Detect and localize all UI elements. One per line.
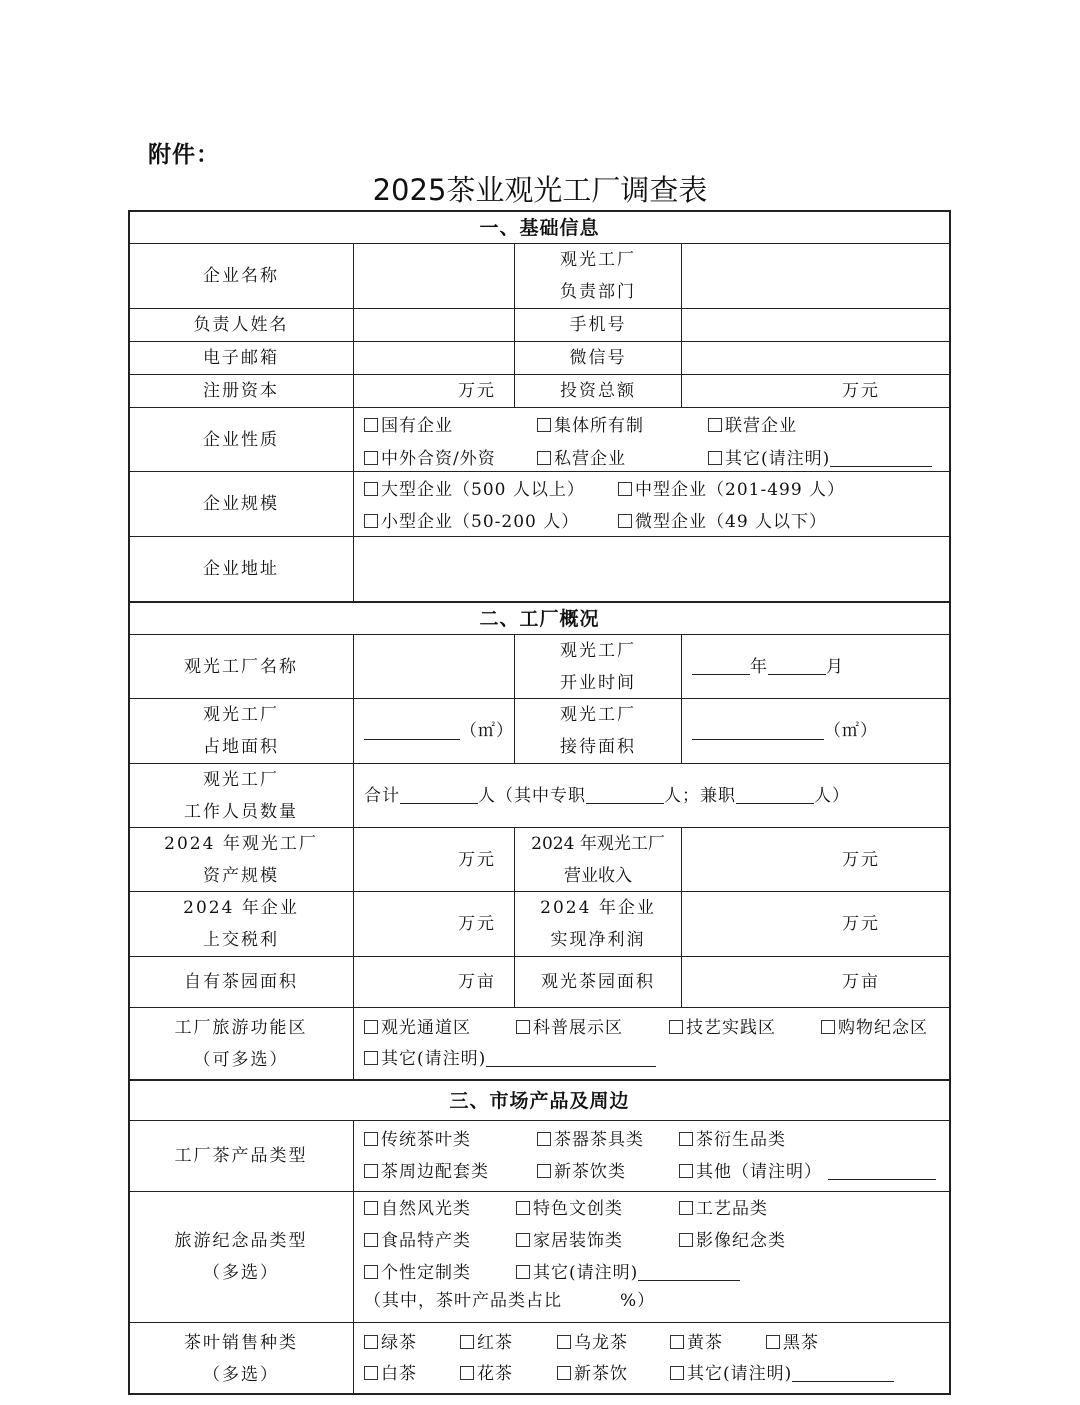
label-staff-count: 观光工厂工作人员数量 bbox=[128, 763, 354, 828]
input-factory-name[interactable] bbox=[353, 634, 515, 699]
checkbox-icon bbox=[537, 1164, 551, 1178]
souvenir-type-options: 自然风光类 特色文创类 工艺品类 食品特产类 家居装饰类 影像纪念类 个性定制类… bbox=[353, 1191, 951, 1323]
label-line: 营业收入 bbox=[531, 860, 665, 892]
other-souvenir-input[interactable] bbox=[638, 1264, 740, 1281]
label-line: 上交税利 bbox=[183, 924, 299, 956]
option-label: 中型企业（201-499 人） bbox=[635, 480, 845, 500]
checkbox-new-tea-drinks[interactable]: 新茶饮类 bbox=[537, 1156, 626, 1188]
checkbox-icon bbox=[364, 1335, 378, 1349]
checkbox-icon bbox=[364, 1051, 378, 1065]
label-line: 实现净利润 bbox=[540, 924, 656, 956]
checkbox-small[interactable]: 小型企业（50-200 人） bbox=[364, 506, 579, 538]
unit-label: （㎡） bbox=[824, 715, 878, 747]
label-line: 观光工厂 bbox=[203, 699, 279, 731]
unit-label: 万元 bbox=[842, 375, 880, 407]
option-label: 红茶 bbox=[477, 1333, 513, 1353]
label-product-types: 工厂茶产品类型 bbox=[128, 1120, 354, 1192]
tea-ratio-field: （其中，茶叶产品类占比%） bbox=[364, 1285, 655, 1317]
month-label: 月 bbox=[826, 651, 844, 683]
label-email: 电子邮箱 bbox=[128, 341, 354, 375]
option-label: 乌龙茶 bbox=[574, 1333, 628, 1353]
staff-total-input[interactable] bbox=[400, 787, 478, 804]
checkbox-icon bbox=[679, 1132, 693, 1146]
option-label: 其它(请注明) bbox=[725, 449, 830, 469]
unit-label: 万元 bbox=[458, 844, 496, 876]
label-line: （多选） bbox=[175, 1257, 308, 1289]
label-profit-2024: 2024 年企业实现净利润 bbox=[514, 891, 682, 957]
attachment-label: 附件： bbox=[148, 136, 220, 169]
option-label: 绿茶 bbox=[381, 1333, 417, 1353]
checkbox-icon bbox=[364, 1020, 378, 1034]
option-label: 其它(请注明) bbox=[381, 1049, 486, 1069]
staff-parttime-input[interactable] bbox=[736, 787, 814, 804]
label-company-nature: 企业性质 bbox=[128, 407, 354, 472]
label-contact-name: 负责人姓名 bbox=[128, 308, 354, 342]
input-tour-garden-area[interactable]: 万亩 bbox=[681, 956, 951, 1008]
other-nature-input[interactable] bbox=[830, 450, 932, 467]
month-input[interactable] bbox=[768, 658, 826, 675]
tea-sales-options: 绿茶 红茶 乌龙茶 黄茶 黑茶 白茶 花茶 新茶饮 其它(请注明) bbox=[353, 1322, 951, 1395]
option-label: 国有企业 bbox=[381, 416, 453, 436]
input-tax-2024[interactable]: 万元 bbox=[353, 891, 515, 957]
label-reception-area: 观光工厂接待面积 bbox=[514, 698, 682, 764]
checkbox-shopping[interactable]: 购物纪念区 bbox=[821, 1012, 928, 1044]
unit-label: 万亩 bbox=[842, 966, 880, 998]
option-label: 科普展示区 bbox=[533, 1018, 623, 1038]
tour-zone-options: 观光通道区 科普展示区 技艺实践区 购物纪念区 其它(请注明) bbox=[353, 1007, 951, 1080]
checkbox-craft-practice[interactable]: 技艺实践区 bbox=[669, 1012, 776, 1044]
input-investment[interactable]: 万元 bbox=[681, 374, 951, 408]
checkbox-icon bbox=[460, 1366, 474, 1380]
label-own-garden-area: 自有茶园面积 bbox=[128, 956, 354, 1008]
label-line: 2024 年观光工厂 bbox=[164, 828, 318, 860]
staff-parttime-label: 人；兼职 bbox=[664, 780, 736, 812]
input-own-garden-area[interactable]: 万亩 bbox=[353, 956, 515, 1008]
checkbox-icon bbox=[708, 418, 722, 432]
label-company-address: 企业地址 bbox=[128, 536, 354, 602]
label-souvenir-types: 旅游纪念品类型（多选） bbox=[128, 1191, 354, 1323]
label-factory-dept: 观光工厂负责部门 bbox=[514, 243, 682, 309]
checkbox-icon bbox=[618, 514, 632, 528]
checkbox-icon bbox=[670, 1366, 684, 1380]
label-line: 占地面积 bbox=[203, 731, 279, 763]
label-tea-sales-types: 茶叶销售种类（多选） bbox=[128, 1322, 354, 1395]
label-tour-zones: 工厂旅游功能区（可多选） bbox=[128, 1007, 354, 1080]
checkbox-tea-accessories[interactable]: 茶周边配套类 bbox=[364, 1156, 489, 1188]
label-factory-name: 观光工厂名称 bbox=[128, 634, 354, 699]
checkbox-yellow-tea[interactable]: 黄茶 bbox=[670, 1327, 723, 1359]
section-header-factory-overview: 二、工厂概况 bbox=[128, 601, 951, 635]
option-label: 集体所有制 bbox=[554, 416, 644, 436]
checkbox-home-decor[interactable]: 家居装饰类 bbox=[516, 1225, 623, 1257]
label-line: （多选） bbox=[184, 1359, 298, 1391]
checkbox-icon bbox=[364, 482, 378, 496]
checkbox-photo-souvenir[interactable]: 影像纪念类 bbox=[679, 1225, 786, 1257]
option-label: 私营企业 bbox=[554, 449, 626, 469]
option-label: 其它(请注明) bbox=[533, 1263, 638, 1283]
checkbox-icon bbox=[364, 1233, 378, 1247]
unit-label: （㎡） bbox=[460, 715, 514, 747]
input-assets-2024[interactable]: 万元 bbox=[353, 827, 515, 892]
page-title: 2025茶业观光工厂调查表 bbox=[0, 168, 1080, 209]
ratio-prefix-label: （其中，茶叶产品类占比 bbox=[364, 1291, 562, 1311]
checkbox-icon bbox=[679, 1164, 693, 1178]
ratio-suffix-label: %） bbox=[620, 1291, 655, 1311]
staff-total-label: 合计 bbox=[364, 780, 400, 812]
input-floor-area[interactable]: （㎡） bbox=[353, 698, 515, 764]
checkbox-oolong[interactable]: 乌龙茶 bbox=[557, 1327, 628, 1359]
option-label: 传统茶叶类 bbox=[381, 1130, 471, 1150]
label-line: 2024 年观光工厂 bbox=[531, 828, 665, 860]
label-line: 茶叶销售种类 bbox=[184, 1327, 298, 1359]
unit-label: 万元 bbox=[842, 844, 880, 876]
label-line: 2024 年企业 bbox=[540, 892, 656, 924]
option-label: 食品特产类 bbox=[381, 1231, 471, 1251]
checkbox-handicrafts[interactable]: 工艺品类 bbox=[679, 1193, 768, 1225]
checkbox-icon bbox=[364, 418, 378, 432]
company-nature-options: 国有企业 集体所有制 联营企业 中外合资/外资 私营企业 其它(请注明) bbox=[353, 407, 951, 472]
option-label: 中外合资/外资 bbox=[381, 449, 496, 469]
label-line: 观光工厂 bbox=[184, 764, 298, 796]
input-wechat[interactable] bbox=[681, 341, 951, 375]
checkbox-tea-derivatives[interactable]: 茶衍生品类 bbox=[679, 1124, 786, 1156]
checkbox-icon bbox=[670, 1335, 684, 1349]
option-label: 微型企业（49 人以下） bbox=[635, 512, 827, 532]
checkbox-dark-tea[interactable]: 黑茶 bbox=[766, 1327, 819, 1359]
option-label: 技艺实践区 bbox=[686, 1018, 776, 1038]
option-label: 茶器茶具类 bbox=[554, 1130, 644, 1150]
checkbox-micro[interactable]: 微型企业（49 人以下） bbox=[618, 506, 827, 538]
label-registered-capital: 注册资本 bbox=[128, 374, 354, 408]
label-company-name: 企业名称 bbox=[128, 243, 354, 309]
checkbox-collective[interactable]: 集体所有制 bbox=[537, 410, 644, 442]
checkbox-large[interactable]: 大型企业（500 人以上） bbox=[364, 474, 585, 506]
input-email[interactable] bbox=[353, 341, 515, 375]
checkbox-traditional-tea[interactable]: 传统茶叶类 bbox=[364, 1124, 471, 1156]
checkbox-icon bbox=[537, 418, 551, 432]
floor-area-line[interactable] bbox=[364, 723, 460, 740]
option-label: 其他（请注明） bbox=[696, 1162, 822, 1182]
checkbox-food-specialty[interactable]: 食品特产类 bbox=[364, 1225, 471, 1257]
checkbox-icon bbox=[679, 1201, 693, 1215]
label-line: 开业时间 bbox=[560, 667, 636, 699]
label-line: 负责部门 bbox=[560, 276, 636, 308]
checkbox-icon bbox=[679, 1233, 693, 1247]
checkbox-flower-tea[interactable]: 花茶 bbox=[460, 1358, 513, 1390]
checkbox-science-display[interactable]: 科普展示区 bbox=[516, 1012, 623, 1044]
checkbox-other-zone[interactable]: 其它(请注明) bbox=[364, 1043, 656, 1075]
input-profit-2024[interactable]: 万元 bbox=[681, 891, 951, 957]
option-label: 茶衍生品类 bbox=[696, 1130, 786, 1150]
option-label: 茶周边配套类 bbox=[381, 1162, 489, 1182]
staff-fulltime-input[interactable] bbox=[586, 787, 664, 804]
option-label: 工艺品类 bbox=[696, 1199, 768, 1219]
checkbox-green-tea[interactable]: 绿茶 bbox=[364, 1327, 417, 1359]
option-label: 新茶饮 bbox=[574, 1364, 628, 1384]
input-company-address[interactable] bbox=[353, 536, 951, 602]
checkbox-icon bbox=[537, 1132, 551, 1146]
reception-area-line[interactable] bbox=[692, 723, 824, 740]
company-scale-options: 大型企业（500 人以上） 中型企业（201-499 人） 小型企业（50-20… bbox=[353, 471, 951, 537]
checkbox-icon bbox=[364, 1201, 378, 1215]
year-input[interactable] bbox=[692, 658, 750, 675]
label-wechat: 微信号 bbox=[514, 341, 682, 375]
option-label: 白茶 bbox=[381, 1364, 417, 1384]
checkbox-new-tea-drink[interactable]: 新茶饮 bbox=[557, 1358, 628, 1390]
input-company-name[interactable] bbox=[353, 243, 515, 309]
option-label: 家居装饰类 bbox=[533, 1231, 623, 1251]
checkbox-icon bbox=[460, 1335, 474, 1349]
other-zone-input[interactable] bbox=[486, 1050, 656, 1067]
checkbox-icon bbox=[364, 451, 378, 465]
label-line: 观光工厂 bbox=[560, 699, 636, 731]
option-label: 黄茶 bbox=[687, 1333, 723, 1353]
label-line: 接待面积 bbox=[560, 731, 636, 763]
input-factory-dept[interactable] bbox=[681, 243, 951, 309]
unit-label: 万元 bbox=[842, 908, 880, 940]
checkbox-black-tea[interactable]: 红茶 bbox=[460, 1327, 513, 1359]
section-header-basic-info: 一、基础信息 bbox=[128, 210, 951, 244]
checkbox-icon bbox=[364, 1132, 378, 1146]
option-label: 购物纪念区 bbox=[838, 1018, 928, 1038]
staff-fulltime-label: 人（其中专职 bbox=[478, 780, 586, 812]
input-phone[interactable] bbox=[681, 308, 951, 342]
option-label: 观光通道区 bbox=[381, 1018, 471, 1038]
checkbox-icon bbox=[516, 1020, 530, 1034]
label-assets-2024: 2024 年观光工厂资产规模 bbox=[128, 827, 354, 892]
checkbox-viewing-corridor[interactable]: 观光通道区 bbox=[364, 1012, 471, 1044]
input-opening-date[interactable]: 年月 bbox=[681, 634, 951, 699]
checkbox-nature-scenery[interactable]: 自然风光类 bbox=[364, 1193, 471, 1225]
checkbox-icon bbox=[669, 1020, 683, 1034]
option-label: 大型企业（500 人以上） bbox=[381, 480, 585, 500]
checkbox-icon bbox=[364, 1366, 378, 1380]
option-label: 个性定制类 bbox=[381, 1263, 471, 1283]
label-opening-date: 观光工厂开业时间 bbox=[514, 634, 682, 699]
unit-label: 万亩 bbox=[458, 966, 496, 998]
label-line: 工作人员数量 bbox=[184, 796, 298, 828]
other-product-input[interactable] bbox=[828, 1163, 936, 1180]
other-tea-input[interactable] bbox=[792, 1365, 894, 1382]
checkbox-icon bbox=[364, 514, 378, 528]
option-label: 黑茶 bbox=[783, 1333, 819, 1353]
label-company-scale: 企业规模 bbox=[128, 471, 354, 537]
option-label: 新茶饮类 bbox=[554, 1162, 626, 1182]
checkbox-medium[interactable]: 中型企业（201-499 人） bbox=[618, 474, 845, 506]
label-floor-area: 观光工厂占地面积 bbox=[128, 698, 354, 764]
checkbox-icon bbox=[364, 1164, 378, 1178]
option-label: 小型企业（50-200 人） bbox=[381, 512, 579, 532]
option-label: 联营企业 bbox=[725, 416, 797, 436]
input-registered-capital[interactable]: 万元 bbox=[353, 374, 515, 408]
checkbox-icon bbox=[516, 1233, 530, 1247]
checkbox-icon bbox=[537, 451, 551, 465]
option-label: 影像纪念类 bbox=[696, 1231, 786, 1251]
input-contact-name[interactable] bbox=[353, 308, 515, 342]
label-tour-garden-area: 观光茶园面积 bbox=[514, 956, 682, 1008]
label-line: 资产规模 bbox=[164, 860, 318, 892]
input-reception-area[interactable]: （㎡） bbox=[681, 698, 951, 764]
label-line: 旅游纪念品类型 bbox=[175, 1225, 308, 1257]
input-revenue-2024[interactable]: 万元 bbox=[681, 827, 951, 892]
label-tax-2024: 2024 年企业上交税利 bbox=[128, 891, 354, 957]
checkbox-other-product[interactable]: 其他（请注明） bbox=[679, 1156, 936, 1188]
checkbox-state-owned[interactable]: 国有企业 bbox=[364, 410, 453, 442]
checkbox-joint[interactable]: 联营企业 bbox=[708, 410, 797, 442]
checkbox-icon bbox=[708, 451, 722, 465]
label-phone: 手机号 bbox=[514, 308, 682, 342]
label-line: 观光工厂 bbox=[560, 244, 636, 276]
checkbox-icon bbox=[557, 1366, 571, 1380]
option-label: 花茶 bbox=[477, 1364, 513, 1384]
staff-end-label: 人） bbox=[814, 780, 850, 812]
label-revenue-2024: 2024 年观光工厂营业收入 bbox=[514, 827, 682, 892]
checkbox-icon bbox=[766, 1335, 780, 1349]
checkbox-icon bbox=[516, 1201, 530, 1215]
label-line: 工厂旅游功能区 bbox=[175, 1012, 308, 1044]
label-line: 2024 年企业 bbox=[183, 892, 299, 924]
label-investment: 投资总额 bbox=[514, 374, 682, 408]
unit-label: 万元 bbox=[458, 375, 496, 407]
year-label: 年 bbox=[750, 651, 768, 683]
checkbox-icon bbox=[557, 1335, 571, 1349]
input-staff-count: 合计人（其中专职人；兼职人） bbox=[353, 763, 951, 828]
checkbox-icon bbox=[821, 1020, 835, 1034]
unit-label: 万元 bbox=[458, 908, 496, 940]
checkbox-white-tea[interactable]: 白茶 bbox=[364, 1358, 417, 1390]
product-type-options: 传统茶叶类 茶器茶具类 茶衍生品类 茶周边配套类 新茶饮类 其他（请注明） bbox=[353, 1120, 951, 1192]
label-line: 观光工厂 bbox=[560, 635, 636, 667]
checkbox-other-tea[interactable]: 其它(请注明) bbox=[670, 1358, 894, 1390]
checkbox-icon bbox=[516, 1265, 530, 1279]
option-label: 其它(请注明) bbox=[687, 1364, 792, 1384]
option-label: 自然风光类 bbox=[381, 1199, 471, 1219]
option-label: 特色文创类 bbox=[533, 1199, 623, 1219]
checkbox-teaware[interactable]: 茶器茶具类 bbox=[537, 1124, 644, 1156]
section-header-market: 三、市场产品及周边 bbox=[128, 1079, 951, 1121]
label-line: （可多选） bbox=[175, 1044, 308, 1076]
checkbox-cultural-creative[interactable]: 特色文创类 bbox=[516, 1193, 623, 1225]
checkbox-icon bbox=[364, 1265, 378, 1279]
checkbox-icon bbox=[618, 482, 632, 496]
